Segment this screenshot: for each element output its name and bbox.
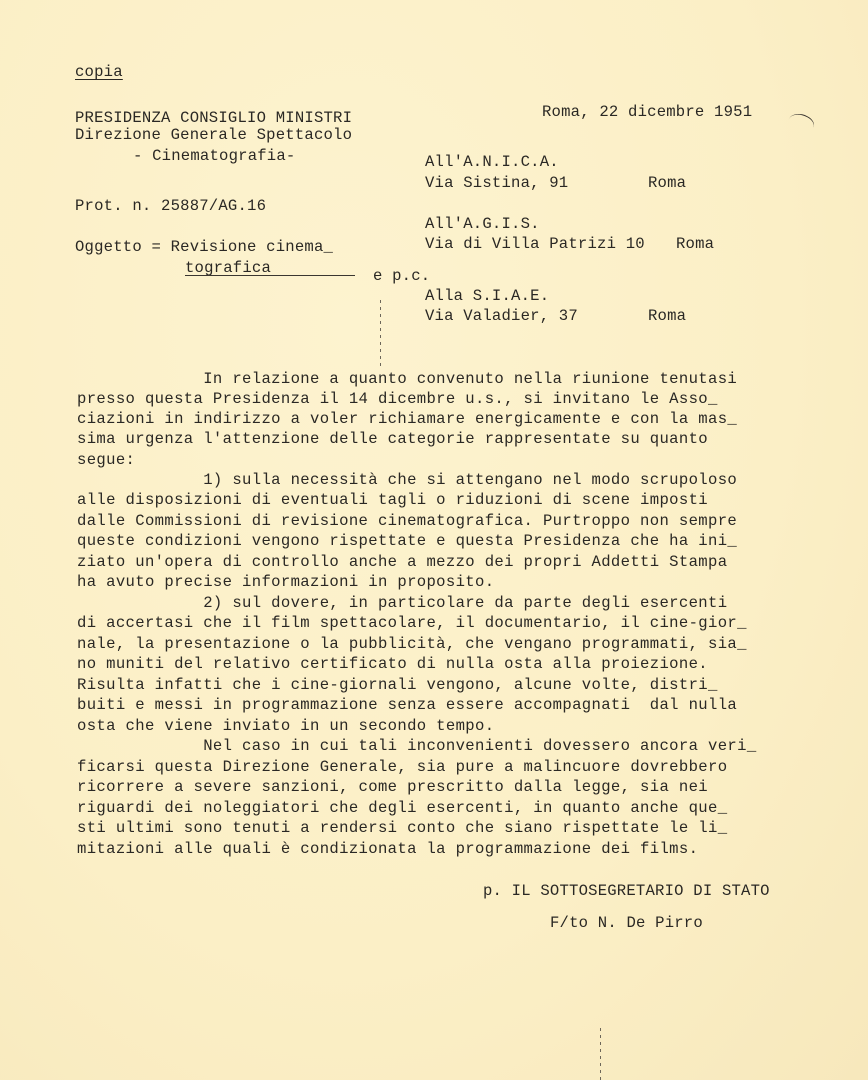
body-line: sti ultimi sono tenuti a rendersi conto …	[77, 819, 727, 837]
body-line: ficarsi questa Direzione Generale, sia p…	[77, 758, 727, 776]
body-line: In relazione a quanto convenuto nella ri…	[77, 370, 737, 388]
protocol-number: Prot. n. 25887/AG.16	[75, 196, 266, 216]
signature-title: p. IL SOTTOSEGRETARIO DI STATO	[483, 881, 770, 901]
body-line: 1) sulla necessità che si attengano nel …	[77, 471, 737, 489]
body-line: 2) sul dovere, in particolare da parte d…	[77, 594, 727, 612]
recipient-1-city: Roma	[648, 173, 686, 193]
body-line: ziato un'opera di controllo anche a mezz…	[77, 553, 727, 571]
body-line: no muniti del relativo certificato di nu…	[77, 655, 708, 673]
body-line: ha avuto precise informazioni in proposi…	[77, 573, 494, 591]
body-line: sima urgenza l'attenzione delle categori…	[77, 430, 708, 448]
body-line: osta che viene inviato in un secondo tem…	[77, 717, 494, 735]
body-line: ciazioni in indirizzo a voler richiamare…	[77, 410, 737, 428]
body-line: Risulta infatti che i cine-giornali veng…	[77, 676, 718, 694]
body-line: ricorrere a severe sanzioni, come prescr…	[77, 778, 708, 796]
signature-name: F/to N. De Pirro	[550, 913, 703, 933]
cc-recipient-name: Alla S.I.A.E.	[425, 286, 549, 306]
body-line: segue:	[77, 451, 135, 469]
cc-recipient-address: Via Valadier, 37	[425, 306, 578, 326]
subject-underline	[185, 275, 355, 276]
fold-mark-bottom	[600, 1028, 601, 1080]
body-line: alle disposizioni di eventuali tagli o r…	[77, 491, 708, 509]
body-line: buiti e messi in programmazione senza es…	[77, 696, 737, 714]
recipient-2-city: Roma	[676, 234, 714, 254]
body-line: mitazioni alle quali è condizionata la p…	[77, 840, 698, 858]
body-line: presso questa Presidenza il 14 dicembre …	[77, 390, 718, 408]
sender-line-3: - Cinematografia-	[133, 146, 295, 166]
recipient-2-address: Via di Villa Patrizi 10	[425, 234, 645, 254]
body-line: Nel caso in cui tali inconvenienti doves…	[77, 737, 757, 755]
subject-line: Oggetto = Revisione cinema_	[75, 237, 333, 257]
sender-line-2: Direzione Generale Spettacolo	[75, 125, 352, 145]
body-line: riguardi dei noleggiatori che degli eser…	[77, 799, 727, 817]
date-flourish-mark	[785, 109, 817, 138]
body-line: nale, la presentazione o la pubblicità, …	[77, 635, 747, 653]
recipient-2-name: All'A.G.I.S.	[425, 214, 540, 234]
cc-label: e p.c.	[373, 266, 430, 286]
body-line: dalle Commissioni di revisione cinematog…	[77, 512, 737, 530]
document-date: Roma, 22 dicembre 1951	[542, 102, 752, 122]
body-line: queste condizioni vengono rispettate e q…	[77, 532, 737, 550]
recipient-1-address: Via Sistina, 91	[425, 173, 568, 193]
body-line: di accertasi che il film spettacolare, i…	[77, 614, 747, 632]
document-page: copia PRESIDENZA CONSIGLIO MINISTRI Dire…	[0, 0, 868, 1080]
copy-label: copia	[75, 62, 123, 82]
cc-recipient-city: Roma	[648, 306, 686, 326]
recipient-1-name: All'A.N.I.C.A.	[425, 152, 559, 172]
fold-mark	[380, 300, 381, 370]
